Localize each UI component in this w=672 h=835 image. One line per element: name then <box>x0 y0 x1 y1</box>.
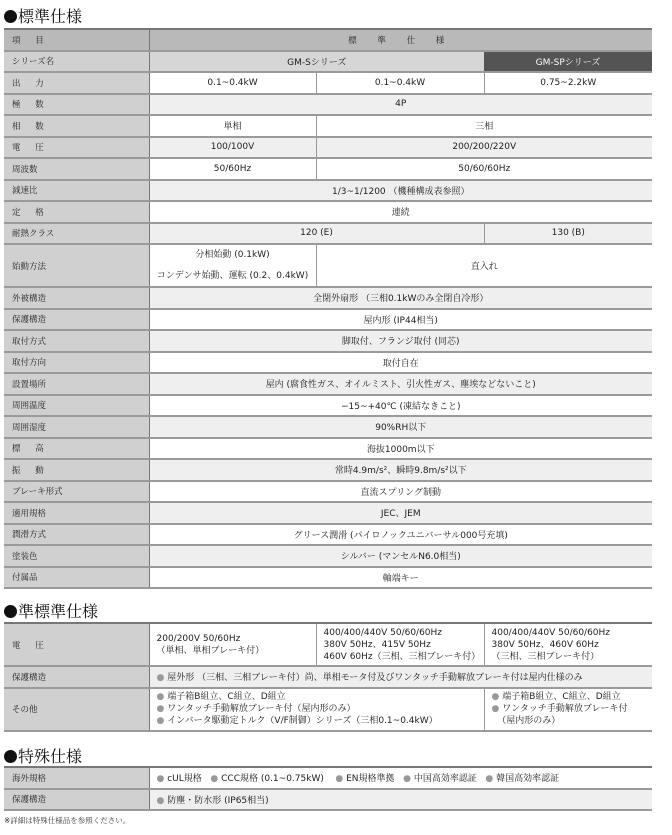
cell: 0.1~0.4kW <box>149 72 316 94</box>
cell: 1/3~1/1200 （機種構成表参照） <box>149 180 652 202</box>
bullet-icon: ● <box>492 692 500 702</box>
bullet-icon: ● <box>210 774 218 784</box>
table-row: 電 圧 200/200V 50/60Hz （単相、単相ブレーキ付） 400/40… <box>4 623 652 666</box>
table-row: ブレーキ形式 直流スプリング制動 <box>4 481 652 503</box>
cell: 90%RH以下 <box>149 416 652 438</box>
row-label: 保護構造 <box>4 789 149 811</box>
bullet-icon <box>4 10 17 23</box>
cell: 三相 <box>316 115 652 137</box>
table-row: 項 目 標 準 仕 様 <box>4 29 652 51</box>
table-row: 設置場所 屋内 (腐食性ガス、オイルミスト、引火性ガス、塵埃などないこと) <box>4 373 652 395</box>
row-label: 周囲温度 <box>4 395 149 417</box>
table-row: シリーズ名 GM-Sシリーズ GM-SPシリーズ <box>4 51 652 73</box>
table-row: 潤滑方式 グリース潤滑 (パイロノックユニバーサル000号充填) <box>4 524 652 546</box>
table-row: 標 高 海抜1000m以下 <box>4 438 652 460</box>
cell: 200/200/220V <box>316 137 652 159</box>
series-gm-s: GM-Sシリーズ <box>149 51 484 73</box>
cell: 分相始動 (0.1kW) コンデンサ始動、運転 (0.2、0.4kW) <box>149 244 316 287</box>
row-label: 外被構造 <box>4 287 149 309</box>
row-label: 標 高 <box>4 438 149 460</box>
row-label: シリーズ名 <box>4 51 149 73</box>
cell: 400/400/440V 50/60/60Hz 380V 50Hz、460V 6… <box>484 623 652 666</box>
bullet-icon: ● <box>157 716 165 726</box>
table-row: 海外規格 ● cUL規格 ● CCC規格 (0.1~0.75kW) ● EN規格… <box>4 767 652 789</box>
cell: 4P <box>149 94 652 116</box>
series-gm-sp: GM-SPシリーズ <box>484 51 652 73</box>
cell: 直流スプリング制動 <box>149 481 652 503</box>
cell: ● 端子箱B組立、C組立、D組立 ● ワンタッチ手動解放ブレーキ付（屋内形のみ）… <box>149 688 484 731</box>
cell: 130 (B) <box>484 223 652 245</box>
bullet-icon: ● <box>157 704 165 714</box>
row-label: 定 格 <box>4 201 149 223</box>
row-label: 電 圧 <box>4 623 149 666</box>
table-row: 電 圧 100/100V 200/200/220V <box>4 137 652 159</box>
cell: ● cUL規格 ● CCC規格 (0.1~0.75kW) ● EN規格準拠 ● … <box>149 767 652 789</box>
cell: 100/100V <box>149 137 316 159</box>
table-row: 保護構造 屋内形 (IP44相当) <box>4 309 652 331</box>
cell: 50/60/60Hz <box>316 158 652 180</box>
row-label: 設置場所 <box>4 373 149 395</box>
cell-line: （三相、三相ブレーキ付） <box>492 651 653 663</box>
cell: 50/60Hz <box>149 158 316 180</box>
table-row: その他 ● 端子箱B組立、C組立、D組立 ● ワンタッチ手動解放ブレーキ付（屋内… <box>4 688 652 731</box>
row-label: 海外規格 <box>4 767 149 789</box>
cell: 0.75~2.2kW <box>484 72 652 94</box>
table-row: 保護構造 ● 屋外形 （三相、三相ブレーキ付）尚、単相モータ付及びワンタッチ手動… <box>4 666 652 688</box>
cell: 120 (E) <box>149 223 484 245</box>
cell-line: 400/400/440V 50/60/60Hz <box>492 627 653 639</box>
cell: 全閉外扇形 （三相0.1kWのみ全閉自冷形） <box>149 287 652 309</box>
cell: ● 防塵・防水形 (IP65相当) <box>149 789 652 811</box>
table-row: 出 力 0.1~0.4kW 0.1~0.4kW 0.75~2.2kW <box>4 72 652 94</box>
row-label: 保護構造 <box>4 309 149 331</box>
row-label: その他 <box>4 688 149 731</box>
section-title-special: 特殊仕様 <box>4 744 82 767</box>
row-label: 耐熱クラス <box>4 223 149 245</box>
bullet-icon: ● <box>157 692 165 702</box>
row-label: 付属品 <box>4 567 149 589</box>
table-row: 保護構造 ● 防塵・防水形 (IP65相当) <box>4 789 652 811</box>
table-row: 取付方式 脚取付、フランジ取付 (同芯) <box>4 330 652 352</box>
cell: 直入れ <box>316 244 652 287</box>
row-label: 周波数 <box>4 158 149 180</box>
row-label: 極 数 <box>4 94 149 116</box>
row-label: 塗装色 <box>4 545 149 567</box>
cell: 連続 <box>149 201 652 223</box>
cell-line: ● インバータ駆動定トルク（V/F制御）シリーズ（三相0.1~0.4kW） <box>157 715 484 727</box>
bullet-icon: ● <box>403 774 411 784</box>
cell-line: ● 端子箱B組立、C組立、D組立 <box>492 691 653 703</box>
cell-line: 380V 50Hz、415V 50Hz <box>324 639 484 651</box>
table-row: 外被構造 全閉外扇形 （三相0.1kWのみ全閉自冷形） <box>4 287 652 309</box>
row-label: 取付方向 <box>4 352 149 374</box>
bullet-icon: ● <box>492 704 500 714</box>
section-title-text: 特殊仕様 <box>18 747 82 766</box>
cell-line: （単相、単相ブレーキ付） <box>157 645 316 657</box>
table-row: 周波数 50/60Hz 50/60/60Hz <box>4 158 652 180</box>
row-label: 出 力 <box>4 72 149 94</box>
table-row: 定 格 連続 <box>4 201 652 223</box>
cell-line: ● 端子箱B組立、C組立、D組立 <box>157 691 484 703</box>
table-row: 塗装色 シルバー (マンセルN6.0相当) <box>4 545 652 567</box>
table-row: 周囲温度 −15~+40℃ (凍結なきこと) <box>4 395 652 417</box>
table-row: 減速比 1/3~1/1200 （機種構成表参照） <box>4 180 652 202</box>
starting-single-line1: 分相始動 (0.1kW) <box>150 249 316 261</box>
cell-line: 200/200V 50/60Hz <box>157 633 316 645</box>
cell: ● 端子箱B組立、C組立、D組立 ● ワンタッチ手動解放ブレーキ付 （屋内形のみ… <box>484 688 652 731</box>
table-row: 耐熱クラス 120 (E) 130 (B) <box>4 223 652 245</box>
standard-spec-table: 項 目 標 準 仕 様 シリーズ名 GM-Sシリーズ GM-SPシリーズ 出 力… <box>4 28 652 589</box>
row-label: 周囲湿度 <box>4 416 149 438</box>
cell-line: ● ワンタッチ手動解放ブレーキ付 <box>492 703 653 715</box>
table-row: 適用規格 JEC、JEM <box>4 502 652 524</box>
row-label: 潤滑方式 <box>4 524 149 546</box>
cell-line: 400/400/440V 50/60/60Hz <box>324 627 484 639</box>
row-label: ブレーキ形式 <box>4 481 149 503</box>
cell: 軸端キー <box>149 567 652 589</box>
starting-single-line2: コンデンサ始動、運転 (0.2、0.4kW) <box>150 270 316 282</box>
cell: グリース潤滑 (パイロノックユニバーサル000号充填) <box>149 524 652 546</box>
table-row: 周囲湿度 90%RH以下 <box>4 416 652 438</box>
cell: 取付自在 <box>149 352 652 374</box>
row-label: 電 圧 <box>4 137 149 159</box>
special-spec-table: 海外規格 ● cUL規格 ● CCC規格 (0.1~0.75kW) ● EN規格… <box>4 766 652 811</box>
cell: −15~+40℃ (凍結なきこと) <box>149 395 652 417</box>
cell: 400/400/440V 50/60/60Hz 380V 50Hz、415V 5… <box>316 623 484 666</box>
cell: 屋内形 (IP44相当) <box>149 309 652 331</box>
bullet-icon: ● <box>157 796 165 806</box>
row-label: 保護構造 <box>4 666 149 688</box>
row-label: 始動方法 <box>4 244 149 287</box>
footnote: ※詳細は特殊仕様品を参照ください。 <box>4 815 130 826</box>
cell-line: 460V 60Hz（三相、三相ブレーキ付） <box>324 651 484 663</box>
bullet-icon <box>4 605 17 618</box>
cell: ● 屋外形 （三相、三相ブレーキ付）尚、単相モータ付及びワンタッチ手動解放ブレー… <box>149 666 652 688</box>
section-title-semi-standard: 準標準仕様 <box>4 599 98 622</box>
cell: 屋内 (腐食性ガス、オイルミスト、引火性ガス、塵埃などないこと) <box>149 373 652 395</box>
table-row: 極 数 4P <box>4 94 652 116</box>
row-label: 取付方式 <box>4 330 149 352</box>
cell: 単相 <box>149 115 316 137</box>
cell: 常時4.9m/s²、瞬時9.8m/s²以下 <box>149 459 652 481</box>
cell: シルバー (マンセルN6.0相当) <box>149 545 652 567</box>
bullet-icon <box>4 750 17 763</box>
table-row: 相 数 単相 三相 <box>4 115 652 137</box>
table-row: 付属品 軸端キー <box>4 567 652 589</box>
table-row: 取付方向 取付自在 <box>4 352 652 374</box>
row-label: 相 数 <box>4 115 149 137</box>
table-row: 始動方法 分相始動 (0.1kW) コンデンサ始動、運転 (0.2、0.4kW)… <box>4 244 652 287</box>
bullet-icon: ● <box>157 673 165 683</box>
row-label: 適用規格 <box>4 502 149 524</box>
section-title-text: 準標準仕様 <box>18 602 98 621</box>
cell: 海抜1000m以下 <box>149 438 652 460</box>
cell: 0.1~0.4kW <box>316 72 484 94</box>
section-title-text: 標準仕様 <box>18 7 82 26</box>
header-spec-label: 標 準 仕 様 <box>149 29 652 51</box>
bullet-icon: ● <box>485 774 493 784</box>
cell-line: 380V 50Hz、460V 60Hz <box>492 639 653 651</box>
cell: 脚取付、フランジ取付 (同芯) <box>149 330 652 352</box>
cell: JEC、JEM <box>149 502 652 524</box>
cell: 200/200V 50/60Hz （単相、単相ブレーキ付） <box>149 623 316 666</box>
row-label: 振 動 <box>4 459 149 481</box>
semi-standard-spec-table: 電 圧 200/200V 50/60Hz （単相、単相ブレーキ付） 400/40… <box>4 622 652 732</box>
cell-line: ● ワンタッチ手動解放ブレーキ付（屋内形のみ） <box>157 703 484 715</box>
table-row: 振 動 常時4.9m/s²、瞬時9.8m/s²以下 <box>4 459 652 481</box>
section-title-standard: 標準仕様 <box>4 4 82 27</box>
header-item-label: 項 目 <box>4 29 149 51</box>
bullet-icon: ● <box>335 774 343 784</box>
bullet-icon: ● <box>157 774 165 784</box>
row-label: 減速比 <box>4 180 149 202</box>
cell-line: （屋内形のみ） <box>492 715 653 727</box>
